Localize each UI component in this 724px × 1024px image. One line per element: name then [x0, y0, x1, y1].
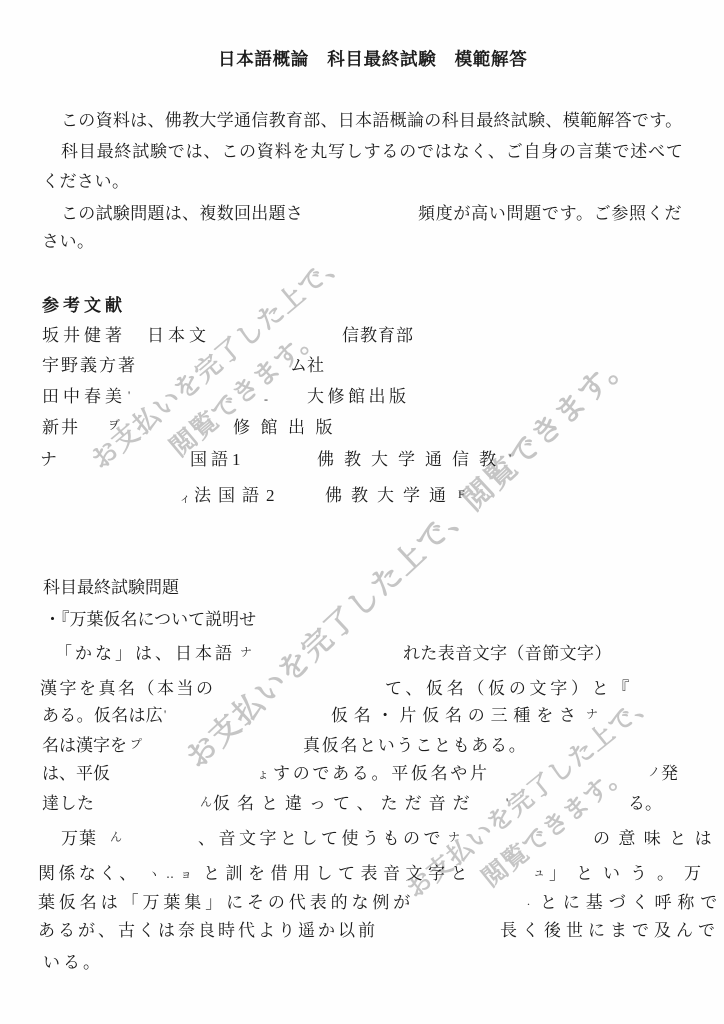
partial-glyph-fragment: '	[509, 447, 511, 469]
text-fragment: 修館出版	[233, 417, 343, 439]
text-fragment: 仮名と違って、ただ音だ	[213, 793, 477, 815]
text-fragment: 漢字を真名（本当の	[40, 678, 216, 700]
text-fragment: 国語1	[190, 449, 245, 471]
text-fragment: 長く後世にまで及んで	[500, 920, 720, 942]
text-fragment: 新井	[42, 417, 80, 439]
text-fragment: 頻度が高い問題です。ご参照くだ	[418, 203, 682, 225]
text-fragment: この資料は、佛教大学通信教育部、日本語概論の科目最終試験、模範解答です。	[61, 110, 682, 132]
text-fragment: さい。	[42, 231, 95, 253]
text-fragment: 名は漢字を	[42, 735, 127, 757]
text-fragment: 真仮名ということもある。	[303, 735, 527, 757]
text-fragment: ください。	[42, 171, 130, 193]
text-fragment: あるが、古くは奈良時代より遥か以前	[38, 920, 378, 942]
text-fragment: この試験問題は、複数回出題さ	[61, 203, 303, 225]
partial-glyph-fragment: ヺ	[108, 414, 120, 436]
text-fragment: る。	[628, 793, 662, 815]
text-fragment: 「かな」は、日本語	[55, 643, 235, 665]
text-fragment: は、平仮	[42, 763, 110, 785]
text-fragment: とに基づく呼称で	[540, 892, 723, 914]
partial-glyph-fragment: ナ	[586, 703, 598, 725]
text-fragment: ある。仮名は広	[42, 705, 163, 727]
text-fragment: 佛教大学通信教	[317, 449, 506, 471]
text-fragment: と訓を借用して表音文字と	[203, 863, 473, 885]
partial-glyph-fragment: ナ	[448, 826, 460, 848]
text-fragment: いる。	[43, 952, 103, 974]
document-page: お支払いを完了した上で、 閲覧できます。 お支払いを完了した上で、閲覧できます。…	[0, 0, 724, 1024]
text-fragment: 」という。万	[549, 863, 711, 885]
text-fragment: 、音文字として使うもので	[198, 828, 444, 850]
partial-glyph-fragment: プ	[130, 733, 142, 755]
partial-glyph-fragment: '	[506, 791, 508, 813]
references-heading: 参考文献	[42, 295, 126, 317]
partial-glyph-fragment: ナ	[240, 641, 252, 663]
text-fragment: 万葉	[61, 828, 97, 850]
partial-glyph-fragment: '	[164, 703, 166, 725]
text-fragment: 発	[661, 763, 678, 785]
text-fragment: の意味とは	[593, 828, 720, 850]
text-fragment: 達した	[42, 793, 95, 815]
partial-glyph-fragment: ん	[110, 826, 122, 848]
text-fragment: 仮名・片仮名の三種をさ	[331, 705, 582, 727]
partial-glyph-fragment: ィ	[179, 487, 191, 509]
text-fragment: ム社	[290, 355, 324, 377]
text-fragment: 関係なく、	[38, 863, 140, 885]
text-fragment: 坂井健著 日本文	[42, 325, 210, 347]
text-fragment: ナ	[40, 449, 57, 471]
text-fragment: すのである。平仮名や片	[273, 763, 490, 785]
partial-glyph-fragment: ん	[200, 791, 212, 813]
partial-glyph-fragment: F	[458, 483, 465, 505]
text-fragment: 大修館出版	[307, 386, 410, 408]
page-title: 日本語概論 科目最終試験 模範解答	[218, 48, 527, 70]
partial-glyph-fragment: ょ	[257, 763, 269, 785]
partial-glyph-fragment: ノ	[648, 761, 660, 783]
partial-glyph-fragment: -	[264, 388, 268, 410]
partial-glyph-fragment: ヽ‥ョ	[148, 863, 198, 885]
text-fragment: 田中春美	[42, 386, 126, 408]
text-fragment: 法国語2	[194, 485, 282, 507]
text-fragment: て、仮名（仮の文字）と『	[385, 678, 633, 700]
text-fragment: 科目最終試験では、この資料を丸写しするのではなく、ご自身の言葉で述べて	[61, 141, 684, 163]
text-fragment: れた表音文字（音節文字）	[403, 643, 612, 665]
partial-glyph-fragment: ュ	[533, 861, 545, 883]
exam-section-heading: 科目最終試験問題	[43, 577, 179, 599]
partial-glyph-fragment: .	[527, 890, 530, 912]
text-fragment: 葉仮名は「万葉集」にその代表的な例が	[38, 892, 414, 914]
partial-glyph-fragment: '	[128, 384, 130, 406]
text-fragment: 宇野義方著	[42, 355, 137, 377]
text-fragment: 佛教大学通	[325, 485, 455, 507]
text-fragment: 信教育部	[342, 325, 414, 347]
text-fragment: ・『万葉仮名について説明せ	[44, 609, 256, 631]
